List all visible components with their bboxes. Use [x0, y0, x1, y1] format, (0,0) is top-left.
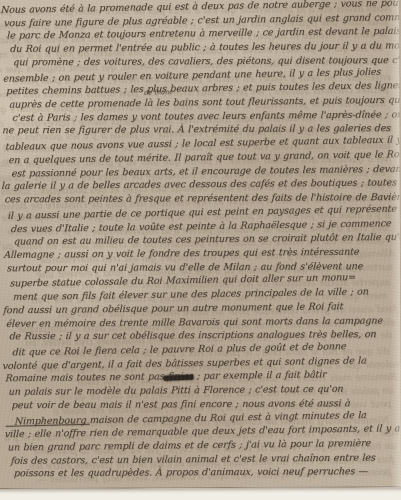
scanned-letter-page: Nous avons été à la promenade qui est à …	[0, 0, 401, 500]
handwriting-line: poissons et les quadrupèdes. À propos d'…	[14, 466, 369, 481]
handwriting-layer: Nous avons été à la promenade qui est à …	[0, 0, 401, 489]
handwriting-line: un palais sur le modèle du palais Pitti …	[8, 383, 344, 399]
interlinear-insertion: de Blanc	[144, 89, 173, 97]
handwriting-line: Allemagne ; aussi on y voit le fondre de…	[4, 246, 360, 262]
letter-text-area: Nous avons été à la promenade qui est à …	[0, 0, 401, 489]
letter-paper: Nous avons été à la promenade qui est à …	[0, 0, 401, 489]
